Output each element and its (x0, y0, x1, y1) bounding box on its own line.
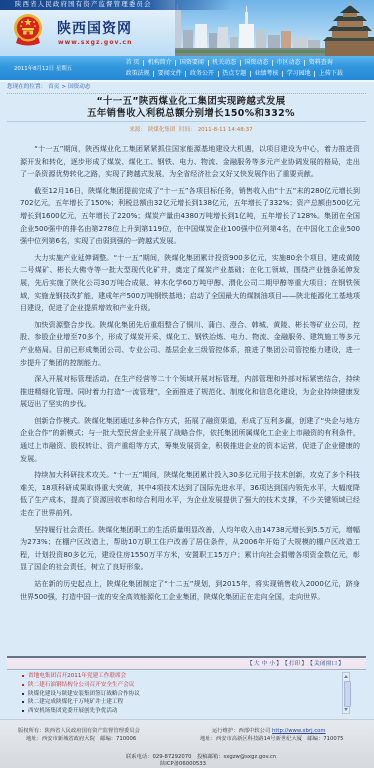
footer-address-left: 地址：西安市新城省政府大院 邮编：710006 (26, 736, 136, 743)
maintainer-link[interactable]: http://www.xbrj.com (272, 728, 326, 734)
bullet-icon (22, 710, 24, 712)
breadcrumb: 您现在的位置： 首页 > 国资动态 (7, 83, 90, 91)
breadcrumb-prefix: 您现在的位置： (7, 83, 46, 91)
related-news-list: 省地电集团召开2011年党建工作联席会 陕二建石油钢结构分公司召开安全生产会议 … (22, 672, 340, 716)
nav-row-2: 政策法规 要闻文件 政务公开 热点专题 业绩考核 学习园地 上传下载 (122, 69, 346, 78)
nav-item-office-news[interactable]: 机关动态 (209, 59, 240, 67)
list-item: 陕二建完成陕煤化千万吨矿井土建工程 (22, 698, 340, 707)
article-paragraph: 站在新的历史起点上，陕煤化集团制定了“十二五”规划，到2015年，将实现销售收入… (20, 578, 360, 603)
nav-item-downloads[interactable]: 上传下载 (315, 70, 346, 78)
footer-icp[interactable]: 陕ICP备06000533 (160, 761, 206, 768)
article-title-line-1: “十一五”陕西煤业化工集团实现跨越式发展 (8, 96, 374, 107)
current-date: 2011年8月12日 星期五 (14, 66, 72, 73)
related-news-link[interactable]: 省地电集团召开2011年党建工作联席会 (28, 672, 126, 680)
site-url[interactable]: www.sxgz.gov.cn (58, 39, 132, 46)
scroll-up-arrow-icon[interactable] (344, 675, 348, 678)
toolbar-links: 【 大 中 小 】 【 打印 】 【 关闭窗口 】 (247, 660, 344, 668)
nav-item-about[interactable]: 机构简介 (144, 59, 175, 67)
nav-item-policies[interactable]: 政策法规 (122, 70, 153, 78)
header-banner: 陕西省人民政府国有资产监督管理委员会 陕西国资网 www.sxgz.gov.cn (0, 0, 374, 57)
source-label: 来源： (129, 127, 146, 133)
article-paragraph: 持续加大科研技术攻关。“十一五”期间，陕煤化集团累计投入30多亿元用于技术创新，… (20, 469, 360, 519)
article-paragraph: 创新合作模式。陕煤化集团通过多种合作方式，拓展了融资渠道，形成了互利多赢，创建了… (20, 415, 360, 465)
bullet-icon (22, 693, 24, 695)
close-window-button[interactable]: 关闭窗口 (313, 660, 338, 668)
nav-item-home[interactable]: 首 页 (122, 59, 143, 67)
article-paragraph: 截至12月16日，陕煤化集团提前完成了“十一五”各项目标任务，销售收入由“十五”… (20, 185, 360, 248)
site-name[interactable]: 陕西国资网 (57, 21, 132, 38)
related-news-link[interactable]: 西安机场集团党委开展创先争优活动 (28, 707, 118, 715)
related-news-link[interactable]: 陕二建石油钢结构分公司召开安全生产会议 (28, 681, 134, 689)
related-news-link[interactable]: 陕煤化建设与陕建安装集团签订战略合作协议 (28, 690, 140, 698)
nav-divider (0, 80, 374, 82)
footer-phone: 联系电话：029-87292070 (126, 754, 191, 761)
related-list-scrollbar[interactable] (342, 672, 350, 714)
breadcrumb-home[interactable]: 首页 (48, 83, 59, 91)
title-divider (7, 121, 366, 122)
scrollbar-thumb[interactable] (344, 681, 351, 707)
nav-item-documents[interactable]: 要闻文件 (154, 70, 185, 78)
main-nav: 2011年8月12日 星期五 首 页 机构简介 国资要闻 机关动态 国资动态 市… (0, 56, 374, 80)
bracket: 】 (338, 660, 344, 668)
nav-item-public-affairs[interactable]: 政务公开 (186, 70, 217, 78)
national-emblem-logo[interactable] (13, 13, 43, 49)
org-title: 陕西省人民政府国有资产监督管理委员会 (15, 1, 152, 9)
article-meta: 来源：陕煤化集团 时间：2011-8-11 14:48:37 (8, 127, 374, 134)
footer-maintainer: 运行维护：西部中软公司 (212, 728, 270, 734)
time-label: 时间： (179, 127, 196, 133)
nav-item-learning[interactable]: 学习园地 (283, 70, 314, 78)
article-time: 2011-8-11 14:48:37 (198, 127, 253, 133)
nav-item-asset-news[interactable]: 国资动态 (241, 59, 272, 67)
breadcrumb-current[interactable]: 国资动态 (68, 83, 90, 91)
bullet-icon (22, 701, 24, 703)
breadcrumb-divider (7, 93, 366, 94)
article-paragraph: “十一五”期间，陕西煤业化工集团紧紧抓住国家能源基地建设大机遇，以项目建设为中心… (20, 143, 360, 181)
article-paragraph: 坚持履行社会责任。陕煤化集团职工的生活质量明显改善，人均年收入由14738元增长… (20, 524, 360, 574)
list-item: 陕煤化建设与陕建安装集团签订战略合作协议 (22, 689, 340, 698)
related-news-link[interactable]: 陕二建完成陕煤化千万吨矿井土建工程 (28, 698, 123, 706)
article-title-line-2: 五年销售收入利税总额分别增长150%和332% (8, 108, 374, 119)
bullet-icon (22, 684, 24, 686)
footer-maintainer-line: 运行维护：西部中软公司 http://www.xbrj.com (212, 728, 326, 735)
nav-item-topics[interactable]: 热点专题 (219, 70, 250, 78)
print-button[interactable]: 打印 (288, 660, 302, 668)
list-item: 西安机场集团党委开展创先争优活动 (22, 707, 340, 716)
breadcrumb-separator: > (61, 83, 66, 91)
font-size-small-button[interactable]: 小 (268, 660, 276, 668)
list-item: 陕二建石油钢结构分公司召开安全生产会议 (22, 681, 340, 690)
scroll-down-arrow-icon[interactable] (344, 708, 348, 711)
nav-item-data-query[interactable]: 资料查询 (305, 59, 336, 67)
nav-item-performance[interactable]: 业绩考核 (251, 70, 282, 78)
nav-item-city-news[interactable]: 市区动态 (273, 59, 304, 67)
nav-row-1: 首 页 机构简介 国资要闻 机关动态 国资动态 市区动态 资料查询 (122, 58, 336, 67)
nav-item-sasac-news[interactable]: 国资要闻 (176, 59, 207, 67)
font-size-large-button[interactable]: 大 (253, 660, 261, 668)
article-source: 陕煤化集团 (148, 127, 176, 133)
footer-copyright: 版权所有：陕西省人民政府国有资产监督管理委员会 (18, 728, 140, 735)
page-footer: 版权所有：陕西省人民政府国有资产监督管理委员会 地址：西安市新城省政府大院 邮编… (0, 719, 374, 768)
footer-address-right: 地址：西安市高新区科技路14号新世纪大厦 邮编：710075 (200, 736, 344, 743)
article-paragraph: 深入开展对标管理活动。在生产经营等二十个领域开展对标管理，内部管理和外部对标紧密… (20, 373, 360, 411)
font-size-medium-button[interactable]: 中 (261, 660, 269, 668)
article-toolbar: 【 大 中 小 】 【 打印 】 【 关闭窗口 】 (7, 658, 366, 670)
article-body: “十一五”期间，陕西煤业化工集团紧紧抓住国家能源基地建设大机遇，以项目建设为中心… (20, 143, 360, 607)
bullet-icon (22, 675, 24, 677)
list-item: 省地电集团召开2011年党建工作联席会 (22, 672, 340, 681)
article-paragraph: 大力实施产业延伸调整。“十一五”期间，陕煤化集团累计投资900多亿元，实施80余… (20, 252, 360, 315)
article-paragraph: 加快资源整合步伐。陕煤化集团先后重组整合了铜川、蒲白、澄合、韩城、黄陵、彬长等矿… (20, 319, 360, 369)
footer-email[interactable]: 投稿邮箱：sxgzw@sxgz.gov.cn (197, 754, 276, 761)
org-title-band: 陕西省人民政府国有资产监督管理委员会 (0, 0, 374, 10)
